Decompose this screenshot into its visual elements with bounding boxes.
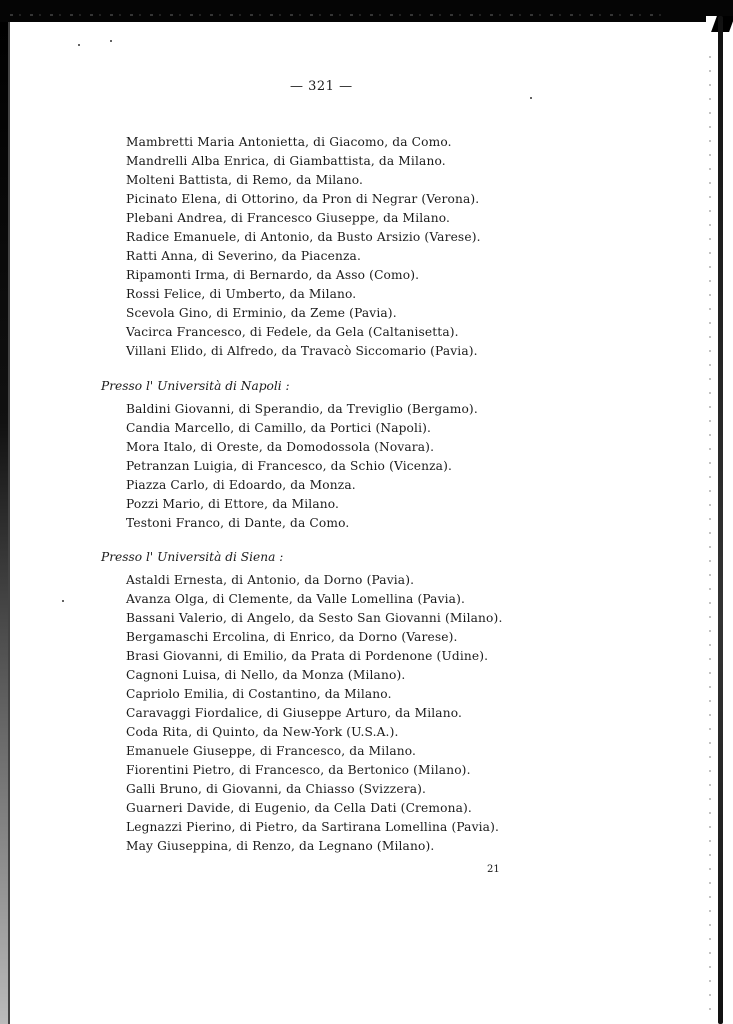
list-entry: Radice Emanuele, di Antonio, da Busto Ar…	[126, 228, 481, 246]
list-entry: Baldini Giovanni, di Sperandio, da Trevi…	[126, 400, 478, 418]
list-entry: Pozzi Mario, di Ettore, da Milano.	[126, 495, 339, 513]
printer-signature-mark: 21	[487, 864, 500, 875]
scan-noise	[10, 14, 670, 16]
list-entry: Capriolo Emilia, di Costantino, da Milan…	[126, 685, 392, 703]
list-entry: Fiorentini Pietro, di Francesco, da Bert…	[126, 761, 471, 779]
list-entry: Avanza Olga, di Clemente, da Valle Lomel…	[126, 590, 465, 608]
list-entry: Cagnoni Luisa, di Nello, da Monza (Milan…	[126, 666, 405, 684]
book-spine	[718, 16, 723, 1024]
list-entry: Bassani Valerio, di Angelo, da Sesto San…	[126, 609, 502, 627]
list-entry: Mora Italo, di Oreste, da Domodossola (N…	[126, 438, 434, 456]
scan-speck	[530, 97, 532, 99]
list-entry: Emanuele Giuseppe, di Francesco, da Mila…	[126, 742, 416, 760]
scan-speck	[110, 40, 112, 42]
list-entry: May Giuseppina, di Renzo, da Legnano (Mi…	[126, 837, 434, 855]
list-entry: Villani Elido, di Alfredo, da Travacò Si…	[126, 342, 478, 360]
list-entry: Caravaggi Fiordalice, di Giuseppe Arturo…	[126, 704, 462, 722]
list-entry: Piazza Carlo, di Edoardo, da Monza.	[126, 476, 356, 494]
book-spine-edge	[706, 16, 733, 1024]
list-entry: Picinato Elena, di Ottorino, da Pron di …	[126, 190, 479, 208]
scan-speck	[78, 44, 80, 46]
list-entry: Molteni Battista, di Remo, da Milano.	[126, 171, 363, 189]
scan-top-border	[0, 0, 733, 22]
scan-speck	[62, 600, 64, 602]
list-entry: Plebani Andrea, di Francesco Giuseppe, d…	[126, 209, 450, 227]
section-heading-napoli: Presso l' Università di Napoli :	[101, 377, 290, 395]
page-number-header: — 321 —	[290, 79, 353, 94]
list-entry: Coda Rita, di Quinto, da New-York (U.S.A…	[126, 723, 399, 741]
list-entry: Galli Bruno, di Giovanni, da Chiasso (Sv…	[126, 780, 426, 798]
list-entry: Ratti Anna, di Severino, da Piacenza.	[126, 247, 361, 265]
list-entry: Brasi Giovanni, di Emilio, da Prata di P…	[126, 647, 488, 665]
list-entry: Vacirca Francesco, di Fedele, da Gela (C…	[126, 323, 459, 341]
section-heading-siena: Presso l' Università di Siena :	[101, 548, 283, 566]
list-entry: Mandrelli Alba Enrica, di Giambattista, …	[126, 152, 446, 170]
scan-noise	[709, 56, 711, 1016]
list-entry: Bergamaschi Ercolina, di Enrico, da Dorn…	[126, 628, 458, 646]
list-entry: Guarneri Davide, di Eugenio, da Cella Da…	[126, 799, 472, 817]
list-entry: Ripamonti Irma, di Bernardo, da Asso (Co…	[126, 266, 419, 284]
list-entry: Scevola Gino, di Erminio, da Zeme (Pavia…	[126, 304, 397, 322]
list-entry: Candia Marcello, di Camillo, da Portici …	[126, 419, 431, 437]
list-entry: Rossi Felice, di Umberto, da Milano.	[126, 285, 356, 303]
list-entry: Testoni Franco, di Dante, da Como.	[126, 514, 349, 532]
list-entry: Astaldi Ernesta, di Antonio, da Dorno (P…	[126, 571, 414, 589]
list-entry: Legnazzi Pierino, di Pietro, da Sartiran…	[126, 818, 499, 836]
list-entry: Petranzan Luigia, di Francesco, da Schio…	[126, 457, 452, 475]
list-entry: Mambretti Maria Antonietta, di Giacomo, …	[126, 133, 452, 151]
